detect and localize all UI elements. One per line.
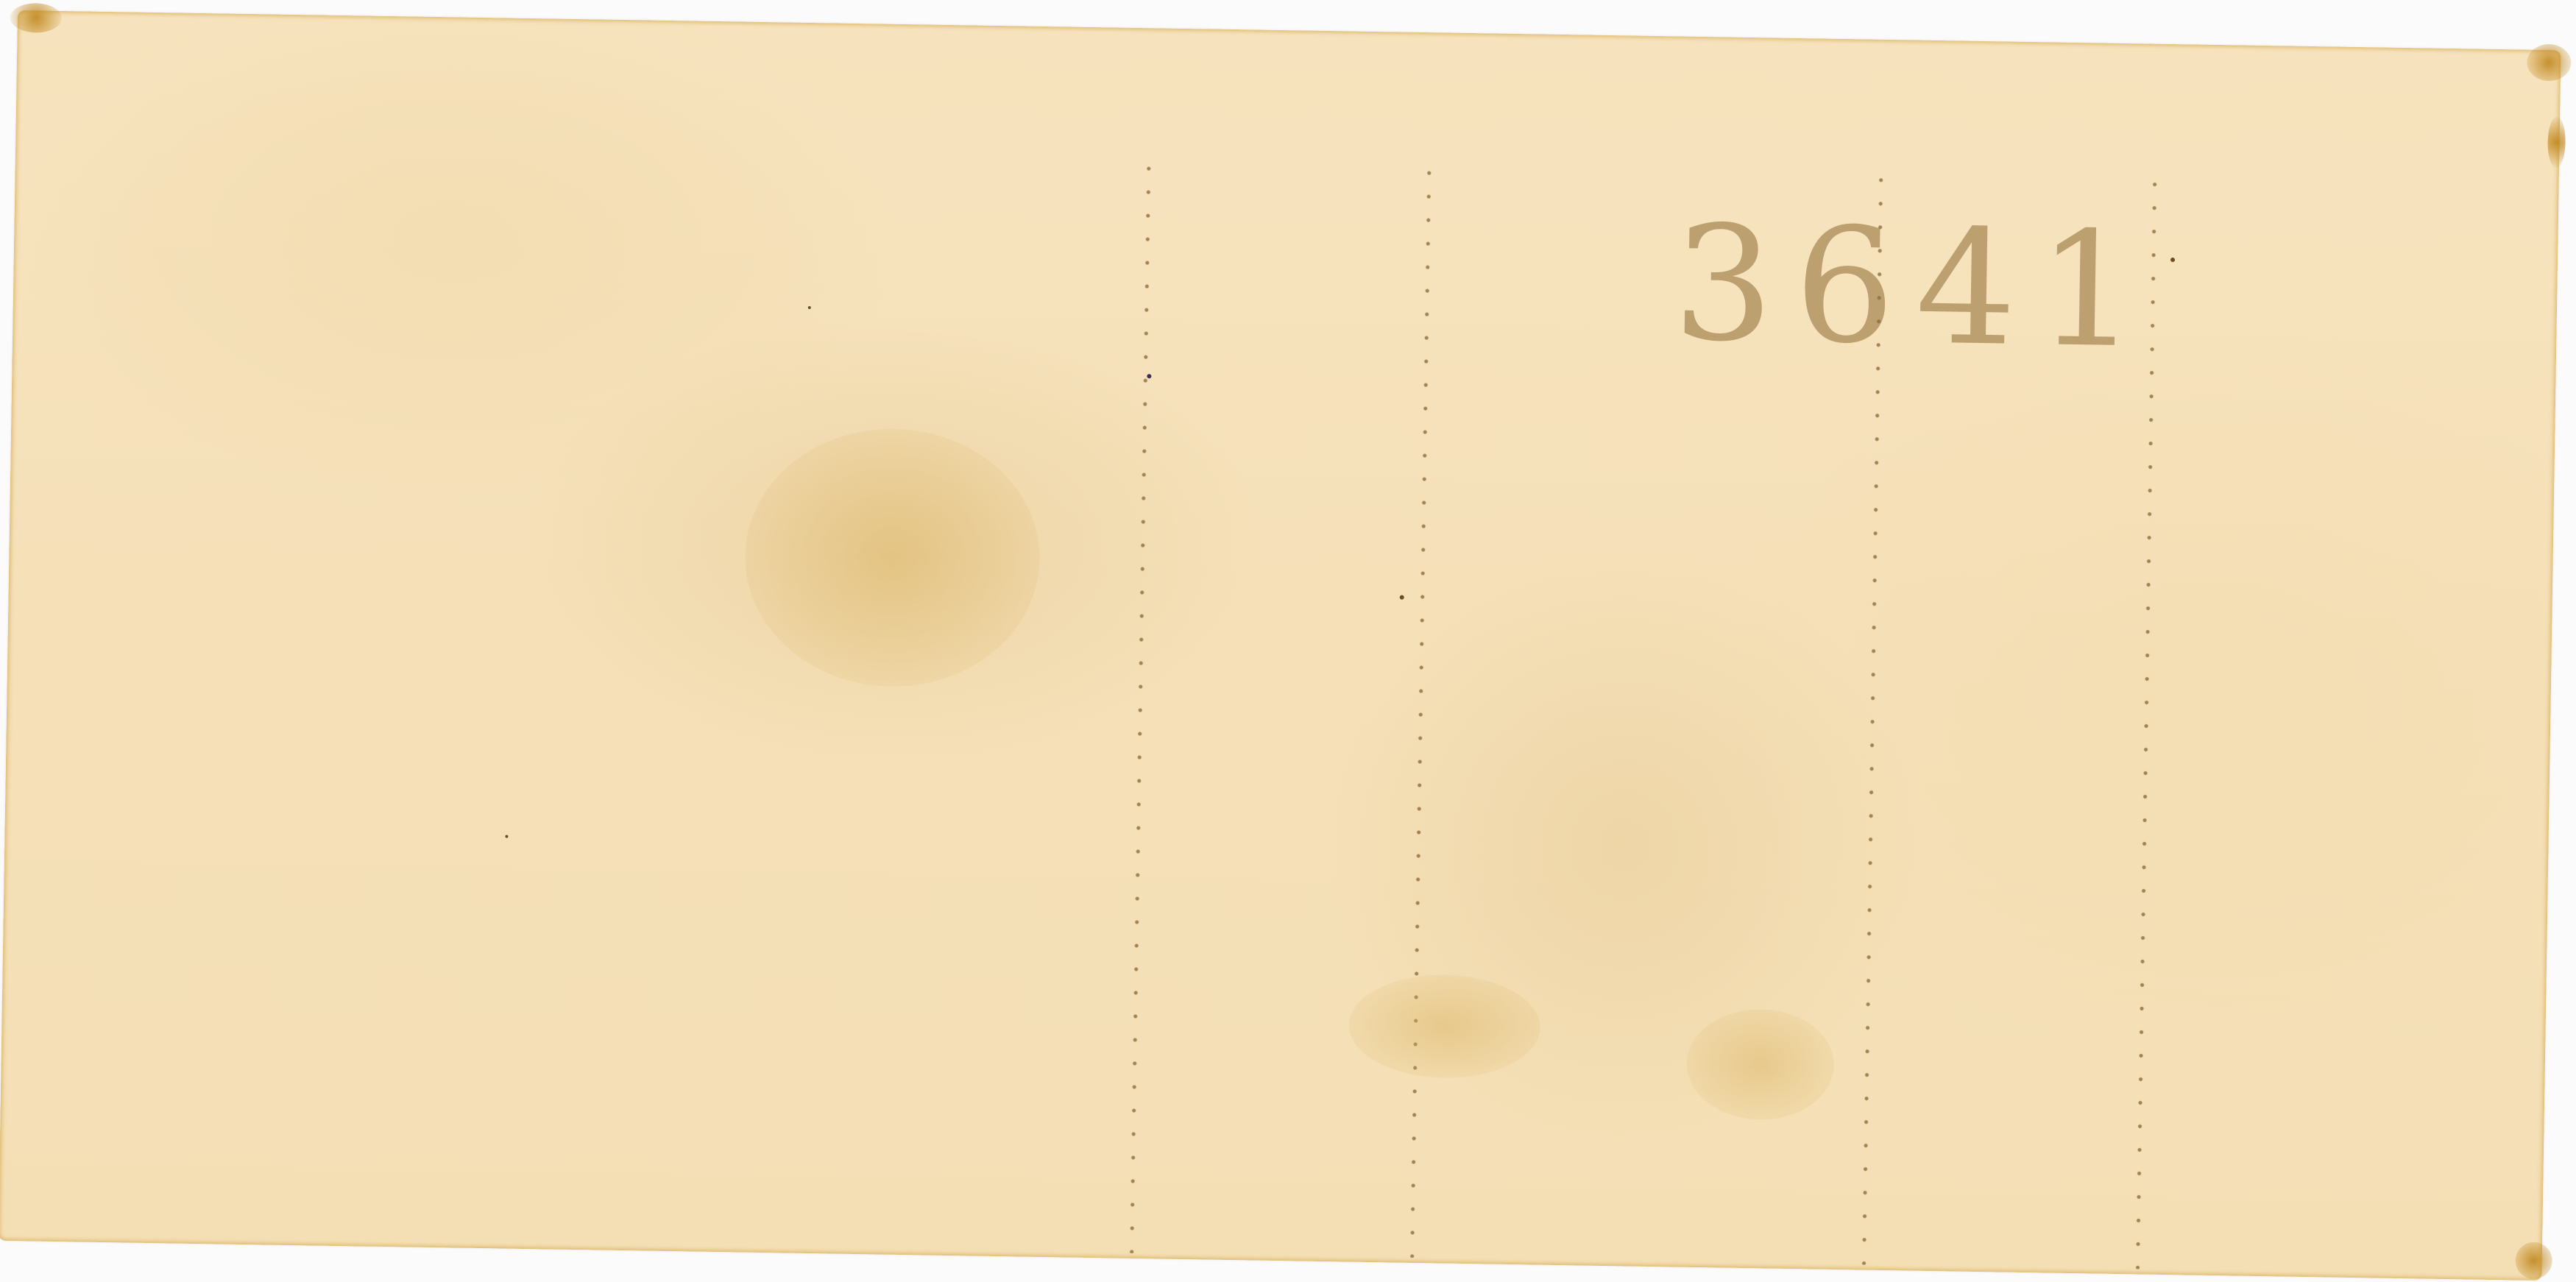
corner-stain-top-right bbox=[2527, 44, 2572, 82]
perforation-line-1 bbox=[1130, 157, 1151, 1253]
ink-speck bbox=[808, 306, 811, 309]
ink-speck bbox=[1400, 595, 1404, 600]
serial-number-stamp: 3641 bbox=[1672, 204, 2159, 369]
perforation-line-2 bbox=[1410, 161, 1432, 1258]
ink-speck bbox=[1147, 374, 1151, 378]
water-stain-1 bbox=[1348, 974, 1540, 1080]
ticket-card: 3641 bbox=[0, 10, 2561, 1281]
ink-speck bbox=[2170, 258, 2175, 262]
corner-stain-top-left bbox=[10, 3, 63, 33]
water-stain-3 bbox=[743, 427, 1041, 689]
edge-stain-right bbox=[2547, 116, 2566, 168]
corner-stain-bottom-right bbox=[2515, 1242, 2552, 1280]
ink-speck bbox=[505, 835, 508, 838]
water-stain-2 bbox=[1686, 1008, 1835, 1121]
